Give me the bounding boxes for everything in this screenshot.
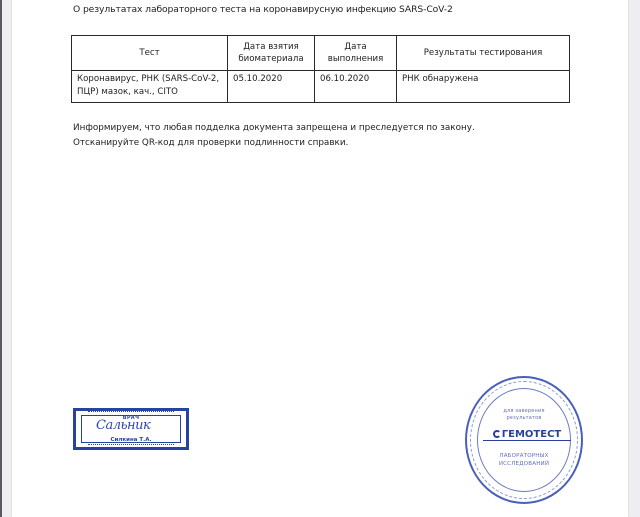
seal-text-top-1: для заверения	[465, 408, 583, 414]
doctor-stamp-bottom-border-text	[88, 444, 174, 447]
notice-line-forgery: Информируем, что любая подделка документ…	[73, 121, 475, 136]
legal-notice: Информируем, что любая подделка документ…	[73, 121, 475, 150]
document-title: О результатах лабораторного теста на кор…	[73, 4, 453, 15]
results-table: Тест Дата взятия биоматериала Дата выпол…	[71, 35, 570, 103]
column-header-result: Результаты тестирования	[397, 36, 570, 71]
seal-brand-name: ГЕМОТЕСТ	[502, 429, 561, 440]
doctor-signature: Сальник	[96, 418, 150, 433]
cell-test: Коронавирус, РНК (SARS-CoV-2, ПЦР) мазок…	[72, 71, 228, 103]
seal-text-bottom-1: ЛАБОРАТОРНЫХ	[465, 453, 583, 459]
lab-seal: для заверения результатов ГЕМОТЕСТ ЛАБОР…	[465, 376, 583, 504]
seal-text-top-2: результатов	[465, 415, 583, 421]
column-header-sample-date: Дата взятия биоматериала	[228, 36, 315, 71]
gemotest-logo-icon	[493, 430, 501, 438]
column-header-completion-date: Дата выполнения	[315, 36, 397, 71]
seal-brand: ГЕМОТЕСТ	[483, 429, 571, 441]
doctor-name: Силкина Т.А.	[76, 437, 186, 443]
window-edge	[0, 0, 2, 517]
column-header-test: Тест	[72, 36, 228, 71]
cell-result: РНК обнаружена	[397, 71, 570, 103]
doctor-stamp: ВРАЧ Сальник Силкина Т.А.	[73, 408, 189, 450]
doctor-stamp-top-border-text	[88, 411, 174, 414]
cell-sample-date: 05.10.2020	[228, 71, 315, 103]
cell-completion-date: 06.10.2020	[315, 71, 397, 103]
table-row: Коронавирус, РНК (SARS-CoV-2, ПЦР) мазок…	[72, 71, 570, 103]
document-page: О результатах лабораторного теста на кор…	[12, 0, 628, 517]
notice-line-qr: Отсканируйте QR-код для проверки подлинн…	[73, 136, 475, 151]
table-header-row: Тест Дата взятия биоматериала Дата выпол…	[72, 36, 570, 71]
seal-text-bottom-2: ИССЛЕДОВАНИЙ	[465, 461, 583, 467]
